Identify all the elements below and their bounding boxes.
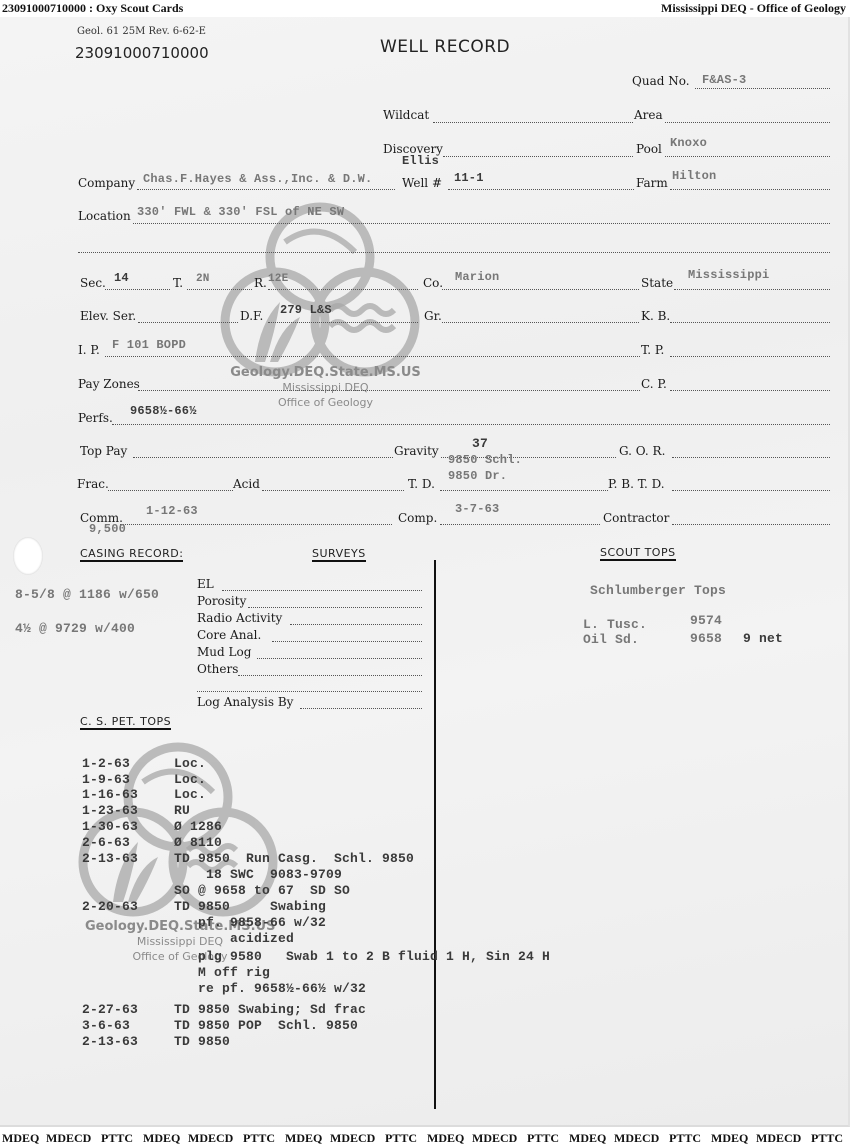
pet-tops-entry: acidized [198,931,294,946]
pet-tops-entry: Loc. [174,787,206,802]
pet-tops-entry: TD 9850 Swabing; Sd frac [174,1002,366,1017]
watermark-agency: Mississippi DEQ [228,381,423,394]
punch-hole [13,537,43,575]
quad-no-value: F&AS-3 [702,73,746,87]
footer-item: MDECD [330,1131,375,1146]
pool-value: Knoxo [670,136,707,150]
gravity-value: 37 [472,436,488,451]
pet-tops-date: 1-9-63 [82,772,130,787]
pet-tops-date: 2-13-63 [82,1034,138,1049]
survey-mud-log-label: Mud Log [197,645,251,659]
pet-tops-entry: re pf. 9658½-66½ w/32 [198,981,366,996]
well-no-label: Well # [402,176,442,190]
pet-tops-entry: Loc. [174,772,206,787]
footer-item: PTTC [811,1131,843,1146]
document-title: 23091000710000 : Oxy Scout Cards [2,1,183,16]
pet-tops-entry: 18 SWC 9083-9709 [174,867,342,882]
contractor-label: Contractor [603,511,669,525]
survey-el-label: EL [197,577,214,591]
perfs-label: Perfs. [78,411,113,425]
form-code: Geol. 61 25M Rev. 6-62-E [77,26,206,37]
company-label: Company [78,176,135,190]
casing-entry: 8-5/8 @ 1186 w/650 [15,587,159,602]
cs-pet-tops-heading: C. S. PET. TOPS [80,715,171,730]
td-label: T. D. [408,477,435,491]
gor-label: G. O. R. [619,444,665,458]
pet-tops-date: 2-13-63 [82,851,138,866]
footer-item: MDECD [472,1131,517,1146]
pet-tops-entry: Ø 1286 [174,819,222,834]
sec-value: 14 [114,271,129,285]
footer-item: MDEQ [2,1131,39,1146]
ip-label: I. P. [78,343,100,357]
farm-label: Farm [636,176,668,190]
footer-credits: MDEQ MDECD PTTC MDEQ MDECD PTTC MDEQ MDE… [0,1128,850,1147]
elev-ser-label: Elev. Ser. [80,309,136,323]
area-label: Area [634,108,663,122]
pet-tops-entry: TD 9850 Run Casg. Schl. 9850 [174,851,414,866]
kb-label: K. B. [641,309,670,323]
range-label: R. [254,276,267,290]
casing-entry: 4½ @ 9729 w/400 [15,621,135,636]
acid-label: Acid [233,477,260,491]
pet-tops-entry: TD 9850 Swabing [174,899,326,914]
county-value: Marion [455,270,499,284]
footer-item: PTTC [669,1131,701,1146]
scout-top-name: L. Tusc. [583,617,647,632]
perfs-value: 9658½-66½ [130,404,197,418]
scout-top-depth: 9658 [690,631,722,646]
company-value: Chas.F.Hayes & Ass.,Inc. & D.W. [143,172,372,186]
survey-porosity-label: Porosity [197,594,246,608]
footer-item: PTTC [385,1131,417,1146]
pet-tops-date: 1-2-63 [82,756,130,771]
location-value: 330' FWL & 330' FSL of NE SW [137,205,344,219]
watermark-url: Geology.DEQ.State.MS.US [228,365,423,380]
pet-tops-entry: Loc. [174,756,206,771]
scout-top-depth: 9574 [690,613,722,628]
pet-tops-entry: pf. 9858-66 w/32 [198,915,326,930]
survey-core-anal-label: Core Anal. [197,628,261,642]
comp-value: 3-7-63 [455,502,499,516]
footer-item: PTTC [243,1131,275,1146]
scout-tops-subheading: Schlumberger Tops [590,583,726,598]
pet-tops-entry: RU [174,803,190,818]
watermark-office: Office of Geology [228,396,423,409]
well-no-value: 11-1 [454,171,484,185]
range-value: 12E [268,273,288,285]
township-value: 2N [196,273,210,285]
footer-item: PTTC [101,1131,133,1146]
cp-label: C. P. [641,377,667,391]
top-pay-label: Top Pay [80,444,127,458]
log-analysis-by-label: Log Analysis By [197,695,293,709]
pbtd-label: P. B. T. D. [608,477,665,491]
footer-item: MDEQ [427,1131,464,1146]
sec-label: Sec. [80,276,106,290]
surveys-heading: SURVEYS [312,547,366,562]
state-value: Mississippi [688,268,769,282]
comp-label: Comp. [398,511,437,525]
pet-tops-entry: plg 9580 Swab 1 to 2 B fluid 1 H, Sin 24… [198,949,550,964]
pet-tops-date: 3-6-63 [82,1018,130,1033]
title-bar: 23091000710000 : Oxy Scout Cards Mississ… [0,0,850,17]
pet-tops-entry: TD 9850 POP Schl. 9850 [174,1018,358,1033]
footer-item: MDECD [614,1131,659,1146]
farm-value: Hilton [672,169,716,183]
casing-record-heading: CASING RECORD: [80,547,183,562]
county-label: Co. [423,276,443,290]
wildcat-label: Wildcat [383,108,429,122]
tp-label: T. P. [641,343,664,357]
frac-label: Frac. [77,477,109,491]
mdeq-watermark-logo-icon [215,202,425,387]
comm-value-below: 9,500 [89,522,126,536]
gr-label: Gr. [424,309,442,323]
footer-item: MDEQ [569,1131,606,1146]
td-value-schl: 9850 Schl. [448,453,522,467]
pet-tops-entry: M off rig [198,965,270,980]
pet-tops-entry: SO @ 9658 to 67 SD SO [174,883,350,898]
comm-value: 1-12-63 [146,504,198,518]
footer-item: MDEQ [711,1131,748,1146]
pet-tops-entry: TD 9850 [174,1034,230,1049]
pet-tops-date: 1-30-63 [82,819,138,834]
quad-no-label: Quad No. [632,74,690,88]
survey-others-label: Others [197,662,238,676]
ip-value: F 101 BOPD [112,338,186,352]
pet-tops-date: 2-20-63 [82,899,138,914]
pay-zones-label: Pay Zones [78,377,140,391]
scanned-well-record-card: Geology.DEQ.State.MS.US Mississippi DEQ … [0,17,850,1127]
api-number: 23091000710000 [75,44,209,62]
survey-radio-activity-label: Radio Activity [197,611,282,625]
scout-tops-heading: SCOUT TOPS [600,546,676,561]
gravity-label: Gravity [394,444,439,458]
footer-item: MDECD [188,1131,233,1146]
footer-item: PTTC [527,1131,559,1146]
pet-tops-date: 1-23-63 [82,803,138,818]
pet-tops-date: 2-6-63 [82,835,130,850]
scout-top-note: 9 net [743,631,783,646]
pool-label: Pool [636,142,662,156]
footer-item: MDECD [46,1131,91,1146]
td-value-drl: 9850 Dr. [448,469,507,483]
township-label: T. [173,276,183,290]
df-value: 279 L&S [280,303,332,317]
column-divider [434,560,436,1109]
form-title: WELL RECORD [380,37,510,57]
agency-title: Mississippi DEQ - Office of Geology [661,1,846,16]
state-label: State [641,276,673,290]
df-label: D.F. [240,309,263,323]
company-overflow-value: Ellis [402,154,439,168]
footer-item: MDEQ [143,1131,180,1146]
pet-tops-date: 1-16-63 [82,787,138,802]
pet-tops-date: 2-27-63 [82,1002,138,1017]
footer-item: MDEQ [285,1131,322,1146]
location-label: Location [78,209,131,223]
scout-top-name: Oil Sd. [583,632,639,647]
footer-item: MDECD [756,1131,801,1146]
pet-tops-entry: Ø 8110 [174,835,222,850]
